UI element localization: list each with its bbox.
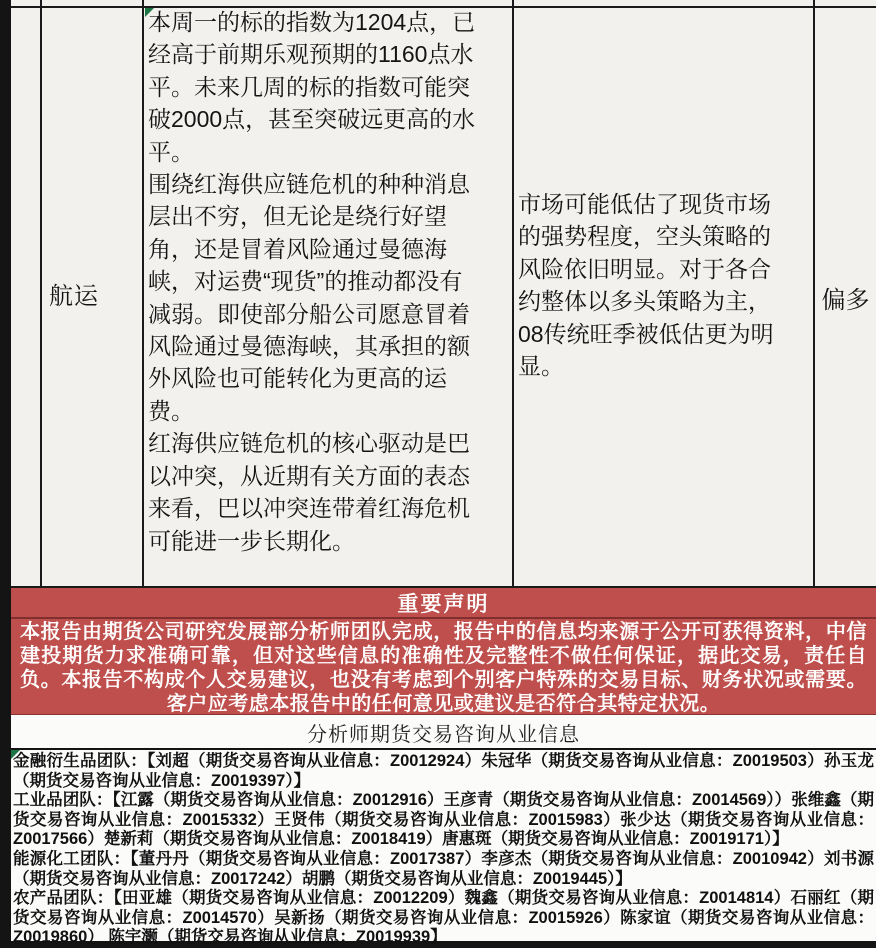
cell-corner-marker-icon — [11, 750, 20, 759]
team-entry-industrial: 工业品团队：【江露（期货交易咨询从业信息：Z0012916）王彦青（期货交易咨询… — [13, 791, 874, 850]
team-entry-agricultural: 农产品团队：【田亚雄（期货交易咨询从业信息：Z0012209）魏鑫（期货交易咨询… — [13, 889, 874, 948]
table-gridline — [142, 0, 144, 586]
team-entry-financial-derivatives: 金融衍生品团队：【刘超（期货交易咨询从业信息：Z0012924）朱冠华（期货交易… — [13, 752, 874, 791]
disclaimer-body: 本报告由期货公司研究发展部分析师团队完成，报告中的信息均来源于公开可获得资料，中… — [11, 619, 876, 715]
strategy-view-text: 市场可能低估了现货市场的强势程度，空头策略的风险依旧明显。对于各合约整体以多头策… — [518, 188, 792, 382]
analysis-paragraph: 围绕红海供应链危机的种种消息层出不穷，但无论是绕行好望角，还是冒着风险通过曼德海… — [148, 168, 478, 427]
disclaimer-text: 本报告由期货公司研究发展部分析师团队完成，报告中的信息均来源于公开可获得资料，中… — [20, 620, 867, 716]
stance-cell: 偏多 — [815, 280, 876, 315]
team-entry-energy-chemical: 能源化工团队：【董丹丹（期货交易咨询从业信息：Z0017387）李彦杰（期货交易… — [13, 850, 874, 889]
analysis-cell: 本周一的标的指数为1204点，已经高于前期乐观预期的1160点水平。未来几周的标… — [148, 6, 478, 557]
sector-outlook-table: 航运 本周一的标的指数为1204点，已经高于前期乐观预期的1160点水平。未来几… — [11, 0, 876, 588]
table-gridline — [512, 0, 514, 586]
analyst-info-title: 分析师期货交易咨询从业信息 — [307, 718, 580, 747]
category-cell: 航运 — [49, 276, 99, 311]
disclaimer-title: 重要声明 — [398, 588, 490, 618]
disclaimer-title-bar: 重要声明 — [11, 588, 876, 619]
analyst-info-header: 分析师期货交易咨询从业信息 — [11, 716, 876, 750]
left-black-border — [0, 0, 11, 948]
analysis-paragraph: 红海供应链危机的核心驱动是巴以冲突，从近期有关方面的表态来看，巴以冲突连带着红海… — [148, 427, 478, 557]
category-label: 航运 — [49, 283, 99, 310]
analyst-info-body: 金融衍生品团队：【刘超（期货交易咨询从业信息：Z0012924）朱冠华（期货交易… — [11, 750, 876, 941]
analysis-paragraph: 本周一的标的指数为1204点，已经高于前期乐观预期的1160点水平。未来几周的标… — [148, 6, 478, 168]
strategy-view-cell: 市场可能低估了现货市场的强势程度，空头策略的风险依旧明显。对于各合约整体以多头策… — [518, 188, 792, 382]
stance-label: 偏多 — [822, 287, 870, 314]
table-gridline — [40, 0, 42, 586]
